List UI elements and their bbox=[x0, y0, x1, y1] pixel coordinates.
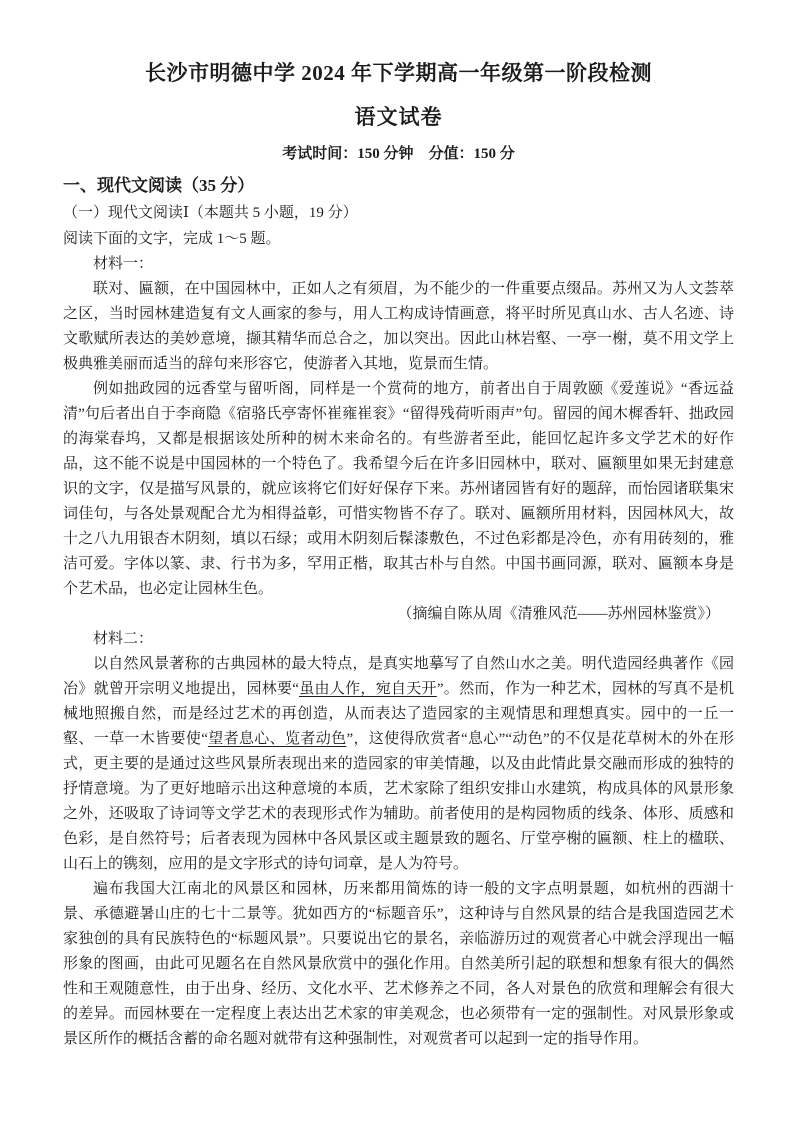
section-heading: 一、现代文阅读（35 分） bbox=[63, 172, 734, 200]
paragraph: 遍布我国大江南北的风景区和园林，历来都用简炼的诗一般的文字点明景题，如杭州的西湖… bbox=[63, 877, 734, 1052]
text-run: 联对、匾额，在中国园林中，正如人之有须眉，为不能少的一件重要点缀品。苏州又为人文… bbox=[63, 281, 734, 372]
text-run: 例如拙政园的远香堂与留听阁，同样是一个赏荷的地方，前者出自于周敦颐《爱莲说》“香… bbox=[63, 381, 734, 597]
exam-paper-page: 长沙市明德中学 2024 年下学期高一年级第一阶段检测 语文试卷 考试时间：15… bbox=[0, 0, 793, 1122]
paragraph: 以自然风景著称的古典园林的最大特点，是真实地摹写了自然山水之美。明代造园经典著作… bbox=[63, 652, 734, 877]
material2-paragraphs: 以自然风景著称的古典园林的最大特点，是真实地摹写了自然山水之美。明代造园经典著作… bbox=[63, 652, 734, 1052]
paper-header: 长沙市明德中学 2024 年下学期高一年级第一阶段检测 语文试卷 考试时间：15… bbox=[63, 58, 734, 166]
material1-label: 材料一： bbox=[63, 252, 734, 277]
paragraph: 例如拙政园的远香堂与留听阁，同样是一个赏荷的地方，前者出自于周敦颐《爱莲说》“香… bbox=[63, 377, 734, 602]
underlined-phrase: 虽由人作，宛自天开 bbox=[299, 681, 437, 697]
underlined-phrase: 望者息心、览者动色 bbox=[208, 731, 347, 747]
paragraph: 联对、匾额，在中国园林中，正如人之有须眉，为不能少的一件重要点缀品。苏州又为人文… bbox=[63, 277, 734, 377]
reading-instruction: 阅读下面的文字，完成 1～5 题。 bbox=[63, 226, 734, 252]
paper-title: 长沙市明德中学 2024 年下学期高一年级第一阶段检测 bbox=[63, 58, 734, 88]
text-run: 遍布我国大江南北的风景区和园林，历来都用简炼的诗一般的文字点明景题，如杭州的西湖… bbox=[63, 881, 734, 1047]
section-subheading: （一）现代文阅读Ⅰ（本题共 5 小题，19 分） bbox=[63, 200, 734, 226]
paper-body: 一、现代文阅读（35 分） （一）现代文阅读Ⅰ（本题共 5 小题，19 分） 阅… bbox=[63, 172, 734, 1052]
paper-subtitle: 语文试卷 bbox=[63, 102, 734, 132]
text-run: ”，这使得欣赏者“息心”“动色”的不仅是花草树木的外在形式，更主要的是通过这些风… bbox=[63, 731, 734, 872]
material1-attribution: （摘编自陈从周《清雅风范——苏州园林鉴赏》） bbox=[63, 602, 734, 627]
material1-paragraphs: 联对、匾额，在中国园林中，正如人之有须眉，为不能少的一件重要点缀品。苏州又为人文… bbox=[63, 277, 734, 602]
material2-label: 材料二： bbox=[63, 627, 734, 652]
exam-info: 考试时间：150 分钟 分值：150 分 bbox=[63, 142, 734, 166]
